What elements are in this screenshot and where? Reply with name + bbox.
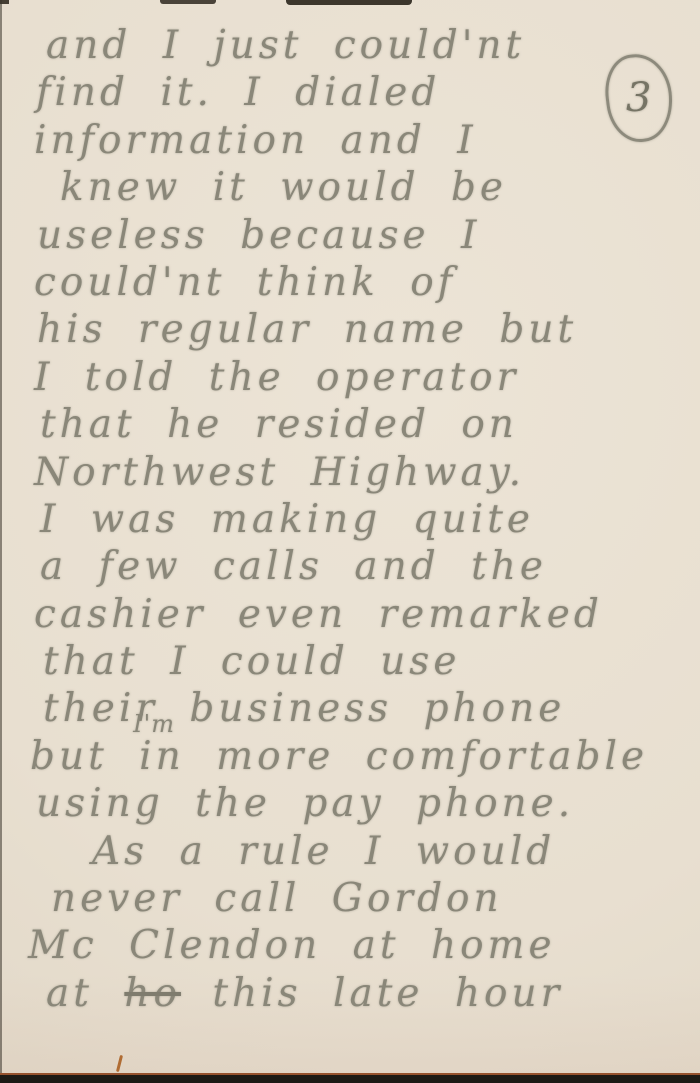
handwriting-line: that he resided on	[40, 401, 694, 448]
handwriting-line: cashier even remarked	[34, 591, 694, 638]
scan-edge-top-mark	[286, 0, 412, 5]
handwriting-line: could'nt think of	[34, 259, 694, 306]
scan-edge-left	[0, 0, 2, 1083]
handwriting-line: using the pay phone.	[36, 780, 694, 827]
handwriting-line: knew it would be	[60, 164, 694, 211]
handwriting-line: a few calls and the	[40, 543, 694, 590]
handwriting-line: As a rule I would	[92, 828, 694, 875]
inserted-word-anchor: I'm in	[139, 733, 185, 780]
letter-body: and I just could'nt find it. I dialed in…	[34, 22, 694, 1017]
handwriting-line-with-strikethrough: at ho this late hour	[46, 970, 694, 1017]
handwriting-line: his regular name but	[37, 306, 694, 353]
handwritten-letter-scan: 3 and I just could'nt find it. I dialed …	[0, 0, 700, 1083]
handwriting-line: I told the operator	[34, 354, 694, 401]
handwriting-line: find it. I dialed	[36, 69, 694, 116]
handwriting-line: never call Gordon	[51, 875, 694, 922]
handwriting-line: I was making quite	[40, 496, 694, 543]
handwriting-line-with-insertion: but I'm in more comfortable	[30, 733, 694, 780]
handwriting-line: that I could use	[43, 638, 694, 685]
line-text: but	[30, 734, 108, 779]
line-text: in	[139, 734, 185, 779]
paper-fiber-mark	[116, 1055, 123, 1072]
struck-out-word: ho	[124, 971, 181, 1016]
handwriting-line: Mc Clendon at home	[28, 922, 694, 969]
handwriting-line: and I just could'nt	[46, 22, 694, 69]
line-text: this late hour	[212, 971, 563, 1016]
inserted-word: I'm	[133, 712, 175, 736]
scan-edge-top-mark	[160, 0, 216, 4]
handwriting-line: Northwest Highway.	[34, 449, 694, 496]
scan-edge-bottom	[0, 1073, 700, 1083]
line-text: at	[46, 971, 93, 1016]
handwriting-line: useless because I	[37, 212, 694, 259]
handwriting-line: information and I	[34, 117, 694, 164]
line-text: more comfortable	[216, 734, 648, 779]
